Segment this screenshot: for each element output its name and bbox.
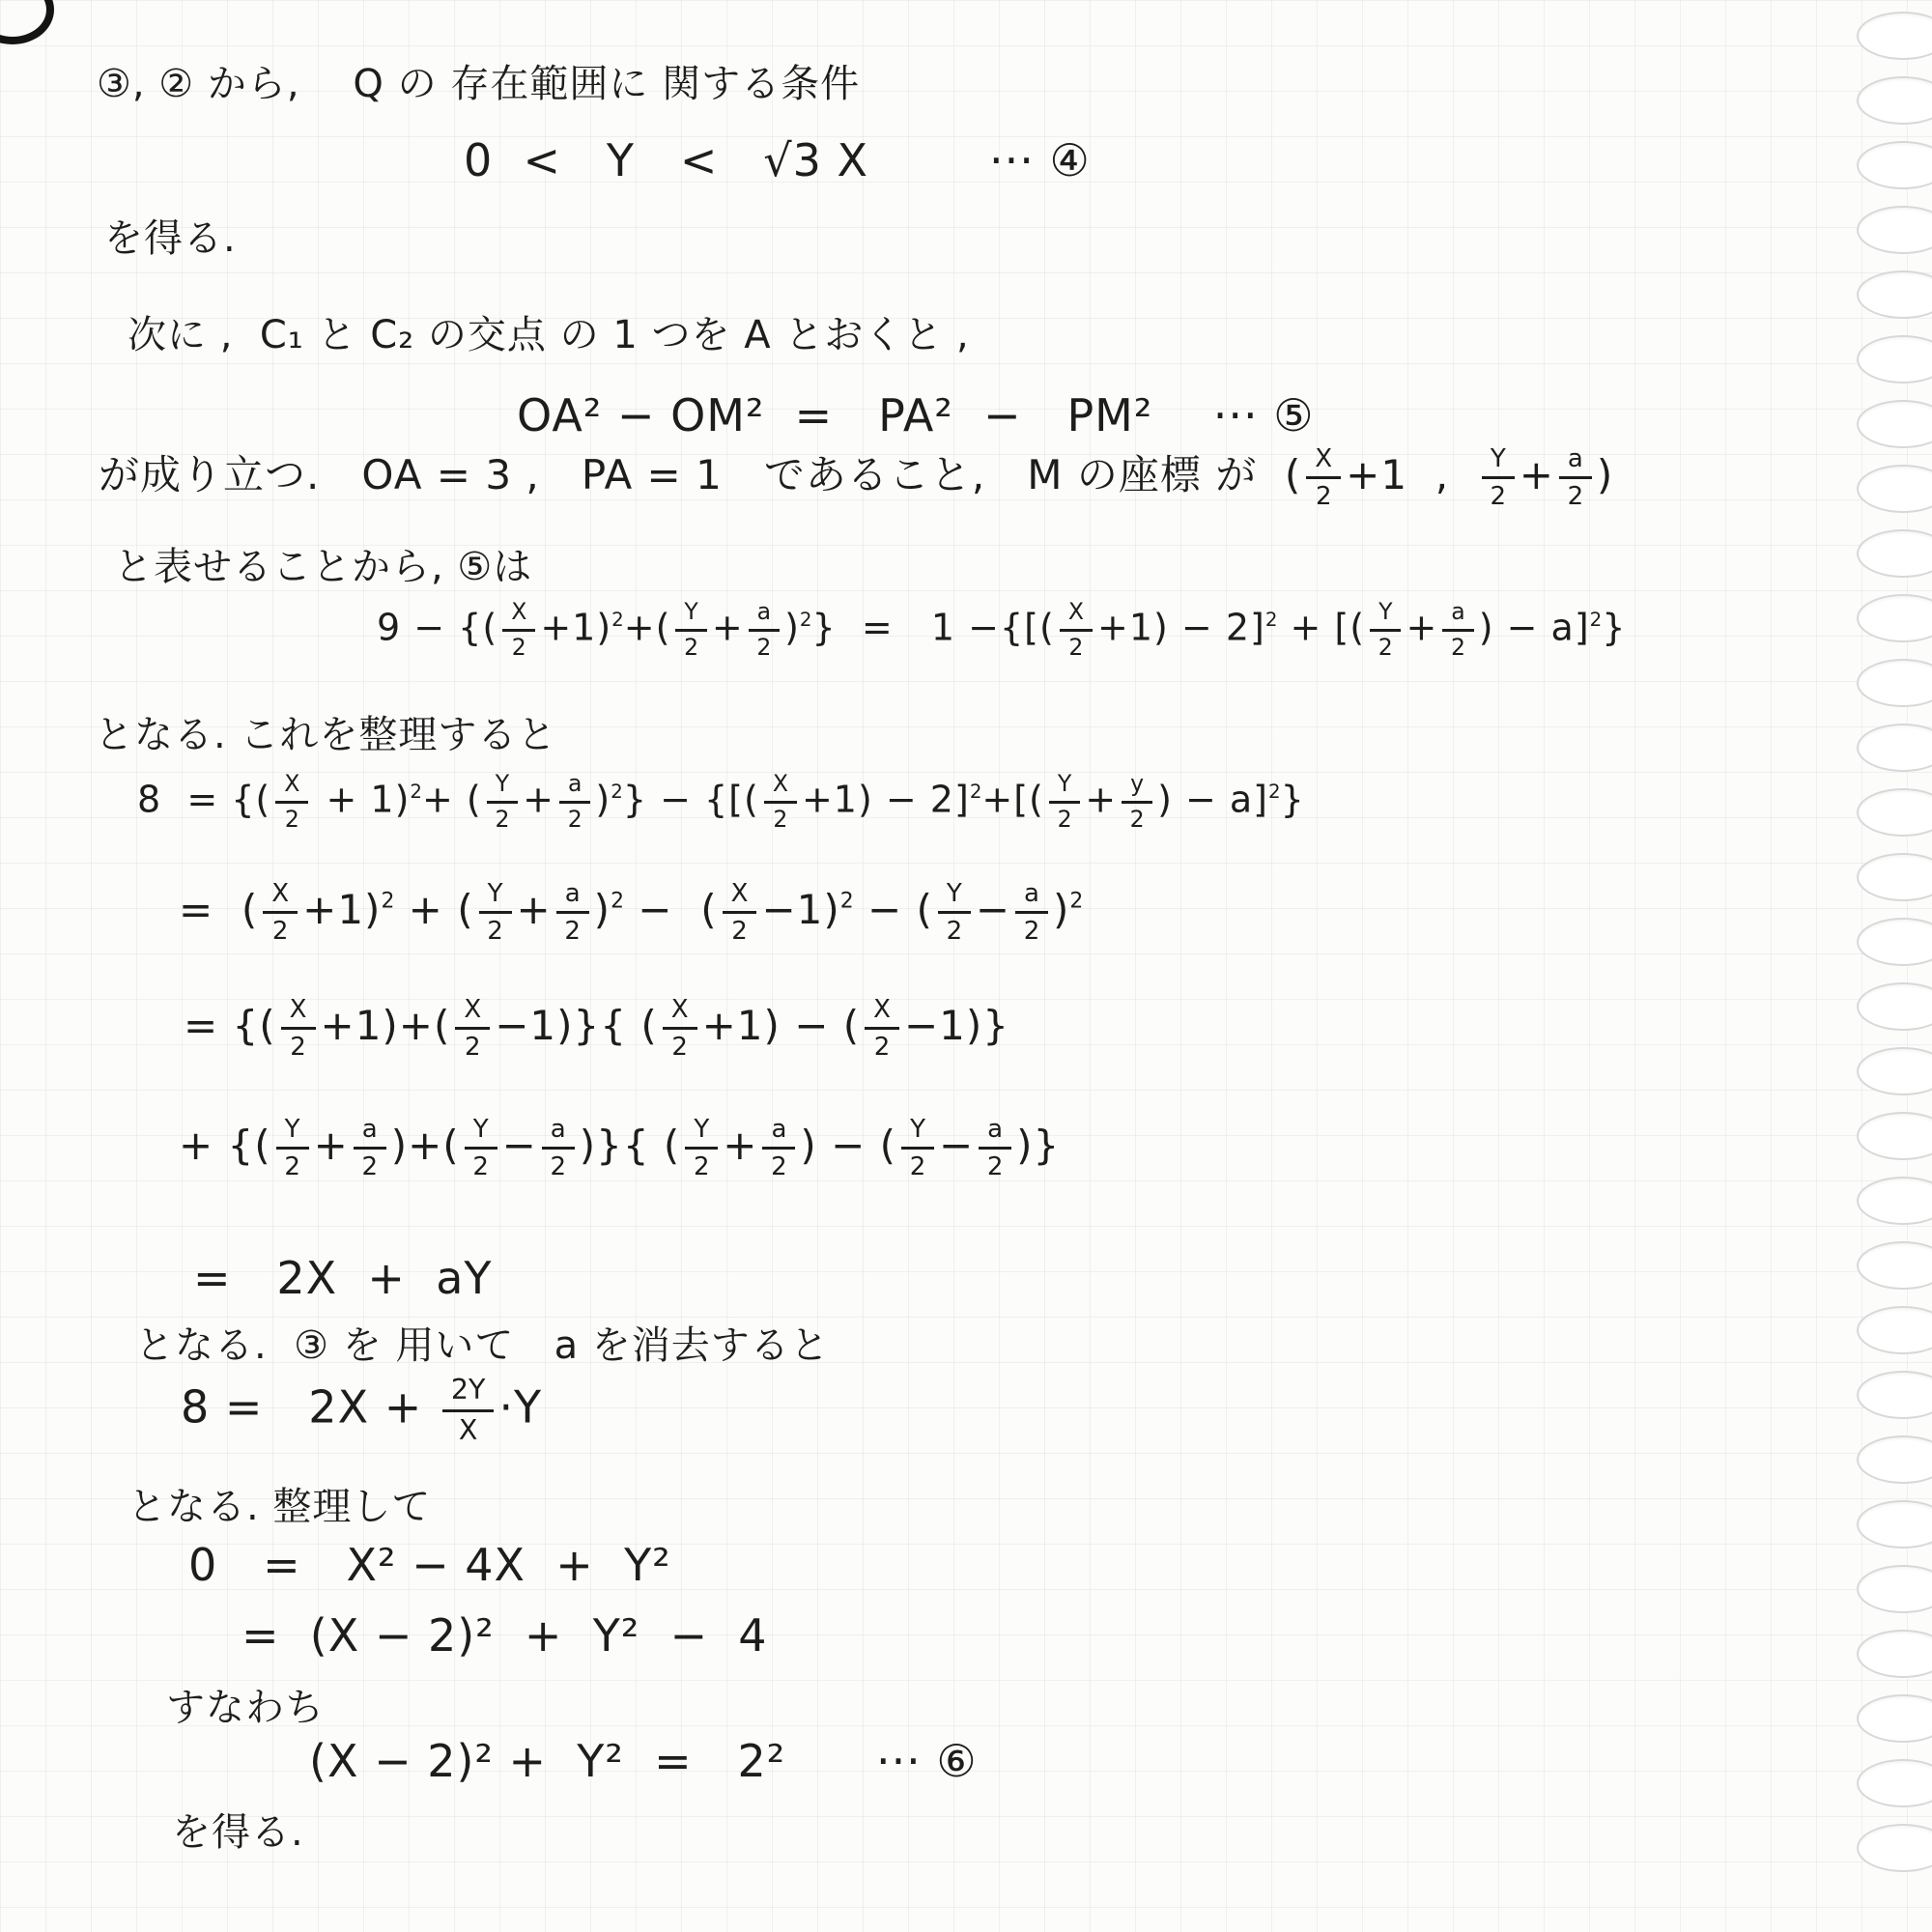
- binder-hole: [1857, 659, 1932, 707]
- equation-simplify-2: = (X − 2)² + Y² − 4: [241, 1608, 768, 1664]
- notebook-page: ③, ② から, Q の 存在範囲に 関する条件 0 < Y < √3 X ··…: [0, 0, 1932, 1932]
- statement-oa-pa-m-coords: が成り立つ. OA = 3 , PA = 1 であること, M の座標 が (X…: [99, 446, 1613, 509]
- derivation-line-3: = {(X2+1)+(X2−1)}{ (X2+1) − (X2−1)}: [184, 997, 1009, 1060]
- binder-hole: [1857, 1435, 1932, 1484]
- equation-5: OA² − OM² = PA² − PM² ··· ⑤: [517, 388, 1315, 444]
- statement-sunawachi: すなわち: [166, 1684, 325, 1732]
- statement-next-intersection: 次に , C₁ と C₂ の交点 の 1 つを A とおくと ,: [128, 311, 970, 359]
- equation-5-expanded: 9 − {(X2+1)2+(Y2+a2)2} = 1 −{[(X2+1) − 2…: [377, 601, 1626, 659]
- statement-arawaseru: と表せることから, ⑤は: [114, 543, 532, 591]
- statement-eliminate-a: となる. ③ を 用いて a を消去すると: [135, 1321, 830, 1370]
- binder-hole: [1857, 1824, 1932, 1872]
- binder-hole: [1857, 465, 1932, 513]
- equation-after-elimination: 8 = 2X + 2YX·Y: [181, 1377, 542, 1444]
- binder-hole: [1857, 853, 1932, 901]
- statement-wo-eru-2: を得る.: [172, 1808, 304, 1857]
- binder-hole: [1857, 270, 1932, 319]
- binder-hole: [1857, 1759, 1932, 1807]
- binder-hole: [1857, 918, 1932, 966]
- binder-hole: [1857, 1694, 1932, 1743]
- equation-6: (X − 2)² + Y² = 2² ··· ⑥: [309, 1734, 978, 1790]
- binder-hole: [1857, 594, 1932, 642]
- binder-hole: [1857, 400, 1932, 448]
- binder-hole: [1857, 335, 1932, 384]
- statement-wo-eru-1: を得る.: [104, 214, 237, 263]
- scan-corner-mark: [0, 0, 54, 44]
- binder-hole: [1857, 76, 1932, 125]
- binder-hole: [1857, 1241, 1932, 1290]
- derivation-line-4: + {(Y2+a2)+(Y2−a2)}{ (Y2+a2) − (Y2−a2)}: [179, 1117, 1060, 1179]
- derivation-line-5: = 2X + aY: [193, 1251, 493, 1307]
- binder-hole: [1857, 206, 1932, 254]
- binder-holes-strip: [1797, 0, 1932, 1932]
- binder-hole: [1857, 1630, 1932, 1678]
- derivation-line-2: = (X2+1)2 + (Y2+a2)2 − (X2−1)2 − (Y2−a2)…: [179, 881, 1083, 944]
- binder-hole: [1857, 1565, 1932, 1613]
- binder-hole: [1857, 12, 1932, 60]
- statement-tonaru-seiri-1: となる. これを整理すると: [95, 711, 556, 759]
- equation-simplify-1: 0 = X² − 4X + Y²: [188, 1538, 671, 1594]
- binder-hole: [1857, 1177, 1932, 1225]
- binder-hole: [1857, 724, 1932, 772]
- statement-conditions-intro: ③, ② から, Q の 存在範囲に 関する条件: [97, 60, 860, 108]
- binder-hole: [1857, 1500, 1932, 1548]
- binder-hole: [1857, 1371, 1932, 1419]
- equation-4: 0 < Y < √3 X ··· ④: [464, 133, 1091, 189]
- binder-hole: [1857, 1112, 1932, 1160]
- binder-hole: [1857, 788, 1932, 837]
- derivation-line-1: 8 = {(X2 + 1)2+ (Y2+a2)2} − {[(X2+1) − 2…: [137, 773, 1305, 831]
- binder-hole: [1857, 141, 1932, 189]
- statement-tonaru-seiri-2: となる. 整理して: [128, 1483, 431, 1531]
- binder-hole: [1857, 982, 1932, 1031]
- binder-hole: [1857, 1306, 1932, 1354]
- binder-hole: [1857, 529, 1932, 578]
- binder-hole: [1857, 1047, 1932, 1095]
